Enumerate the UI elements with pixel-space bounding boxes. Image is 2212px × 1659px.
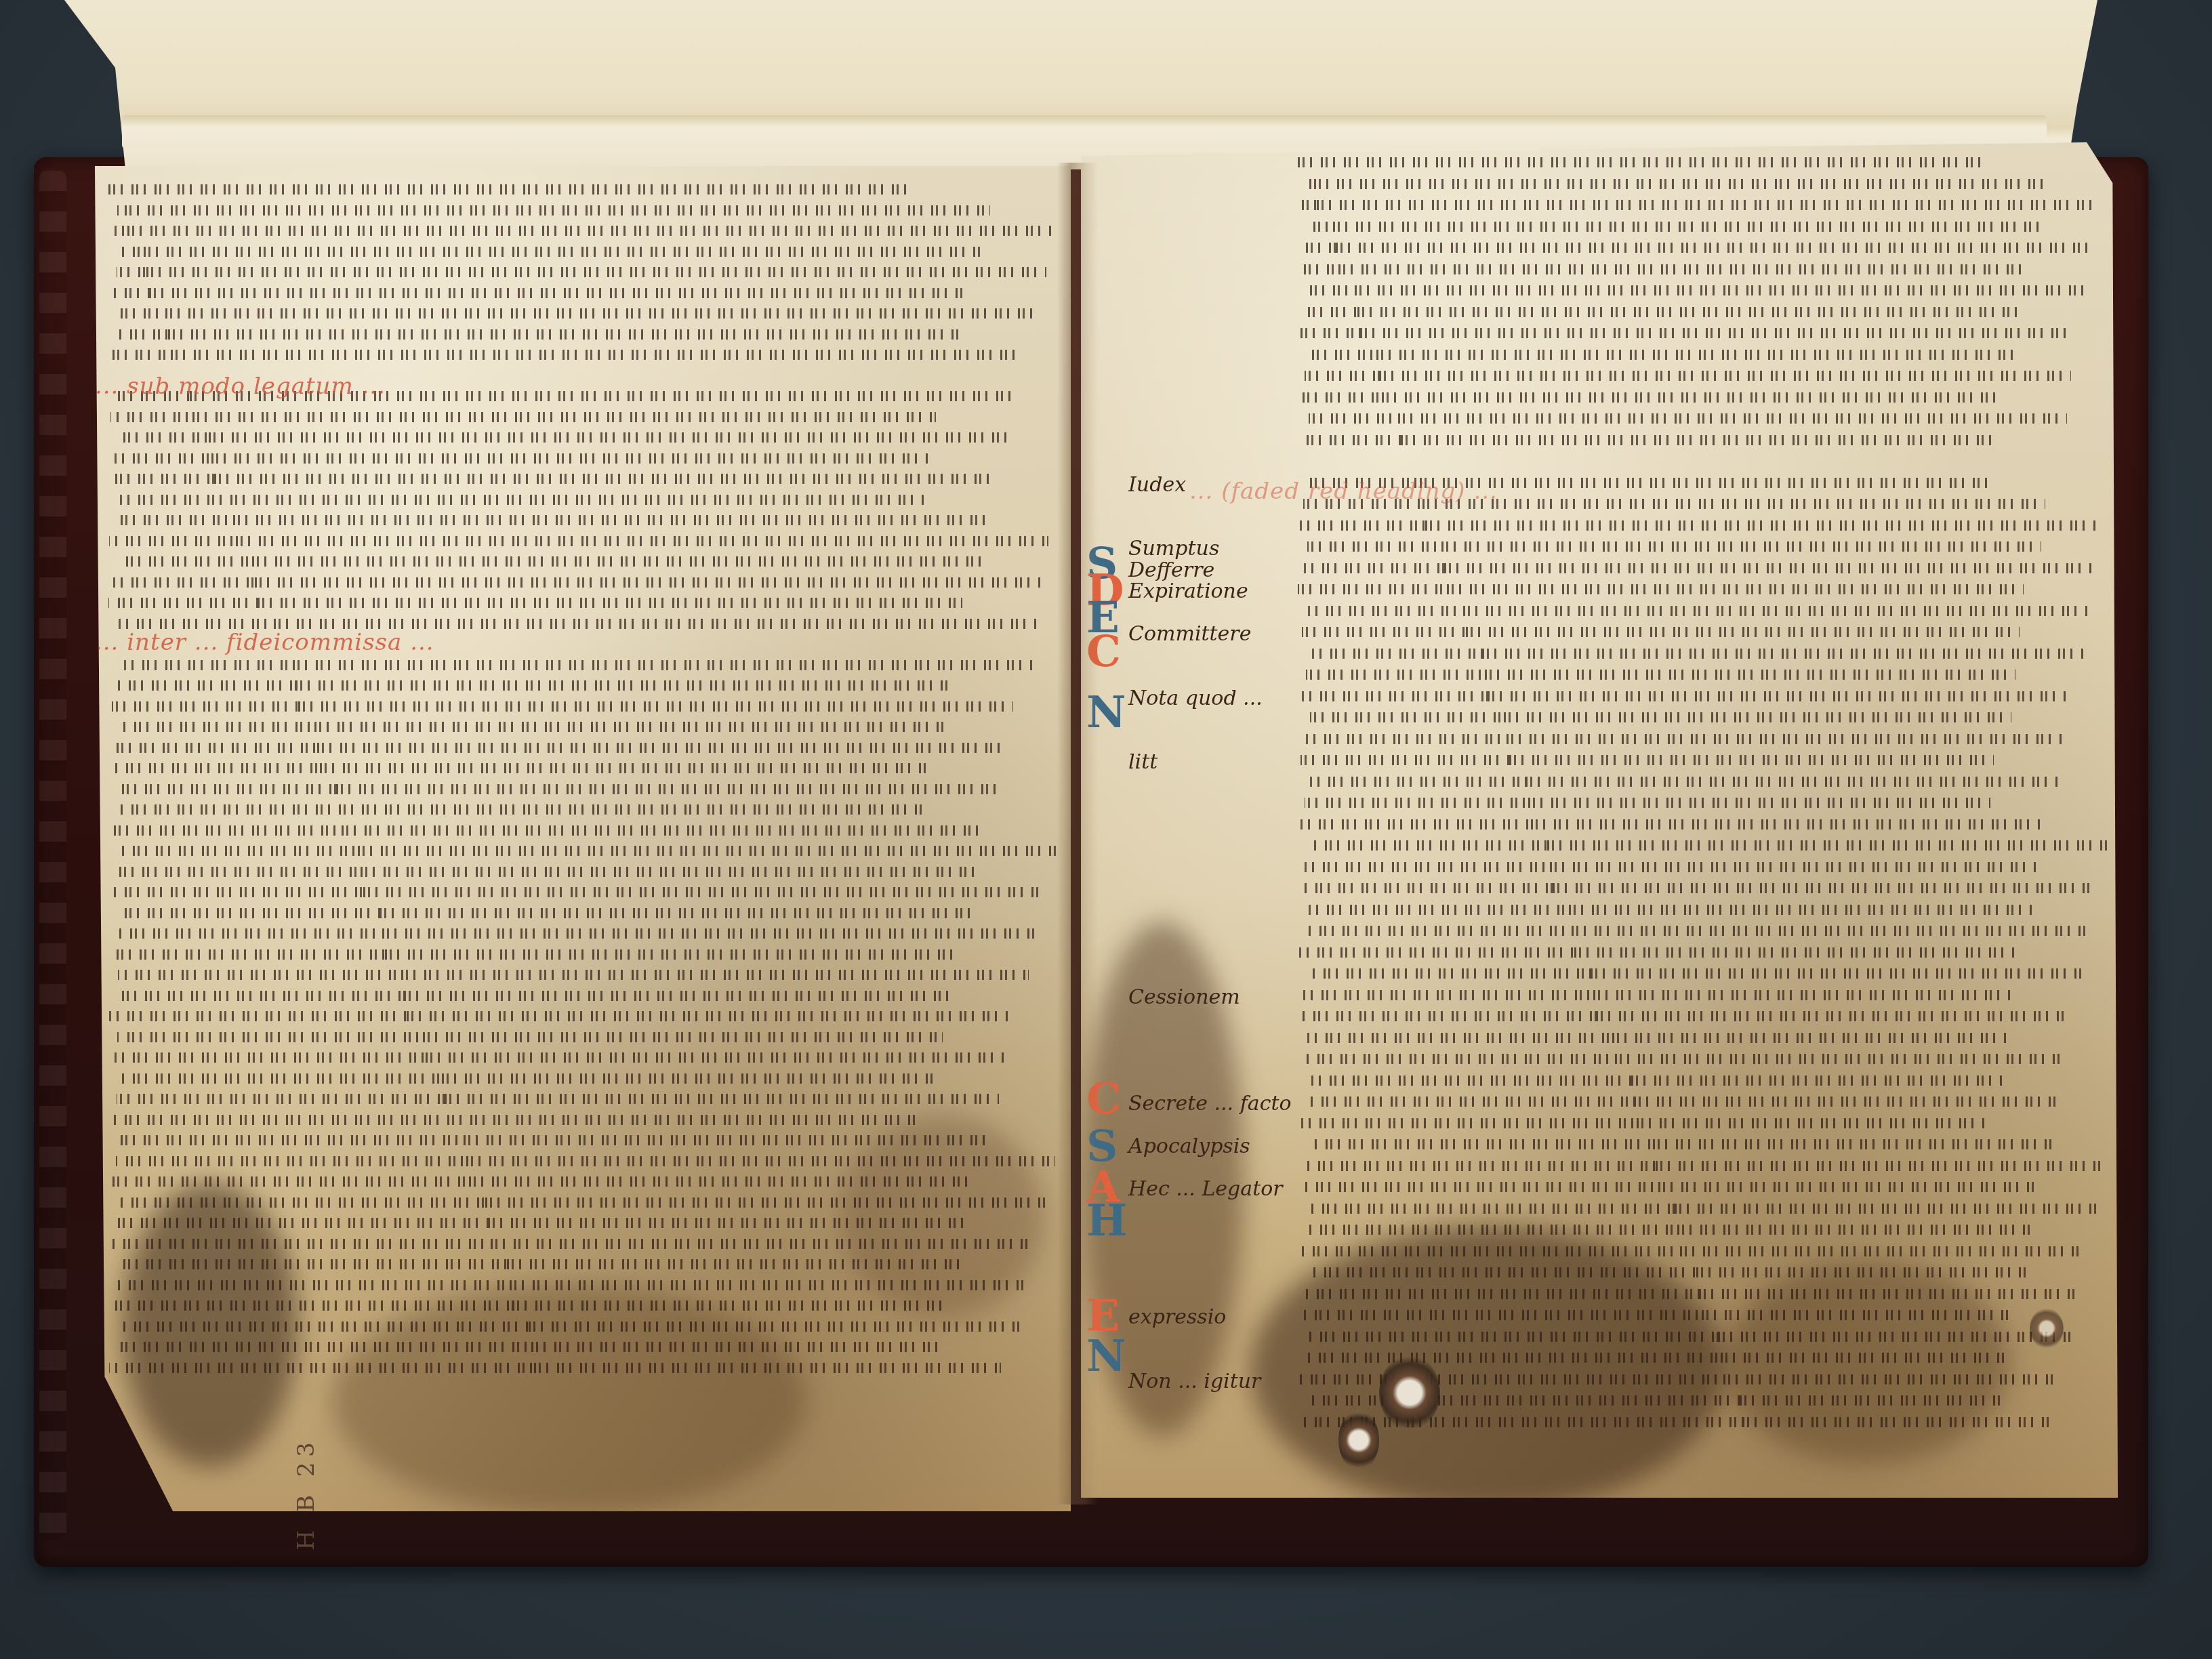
marginal-label: Non ... igitur bbox=[1128, 1370, 1261, 1393]
rubric-heading: ... inter ... fideicommissa ... bbox=[95, 629, 434, 656]
manuscript-text-line bbox=[1310, 708, 2011, 728]
marginal-label: Secrete ... facto bbox=[1128, 1092, 1292, 1115]
parchment-hole bbox=[2030, 1308, 2064, 1349]
marginal-label: expressio bbox=[1128, 1305, 1226, 1329]
manuscript-text-line bbox=[1311, 644, 2085, 664]
manuscript-text-line bbox=[114, 510, 987, 531]
manuscript-text-line bbox=[1311, 217, 2045, 237]
manuscript-text-line bbox=[1309, 409, 2067, 429]
book-gutter bbox=[1057, 163, 1098, 1504]
manuscript-text-line bbox=[1307, 964, 2081, 984]
manuscript-text-line bbox=[113, 573, 1043, 593]
manuscript-text-line bbox=[1304, 1284, 2078, 1305]
manuscript-text-line bbox=[1299, 1305, 2009, 1326]
manuscript-text-line bbox=[112, 1048, 1004, 1068]
manuscript-text-line bbox=[113, 986, 948, 1006]
manuscript-text-line bbox=[1305, 793, 1990, 813]
left-text-column bbox=[108, 180, 1057, 1372]
manuscript-text-line bbox=[116, 325, 960, 345]
manuscript-text-line bbox=[1308, 1327, 2074, 1347]
manuscript-text-line bbox=[110, 1296, 945, 1316]
manuscript-text-line bbox=[1300, 1242, 2082, 1262]
manuscript-text-line bbox=[112, 697, 1013, 717]
manuscript-text-line bbox=[1301, 687, 2068, 707]
manuscript-text-line bbox=[110, 882, 1040, 903]
manuscript-text-line bbox=[115, 449, 930, 469]
marginal-label: Iudex bbox=[1128, 473, 1186, 497]
manuscript-text-line bbox=[110, 1234, 1031, 1254]
manuscript-text-line bbox=[117, 201, 990, 221]
manuscript-text-line bbox=[1302, 1049, 2060, 1069]
manuscript-text-line bbox=[110, 821, 983, 841]
manuscript-text-line bbox=[108, 180, 915, 200]
manuscript-text-line bbox=[1300, 1177, 2034, 1197]
manuscript-text-line bbox=[121, 717, 946, 737]
marginal-label: Committere bbox=[1128, 622, 1251, 646]
manuscript-text-line bbox=[1309, 772, 2060, 792]
left-parchment-leaf: ... sub modo legatum ... ... inter ... f… bbox=[95, 166, 1071, 1511]
manuscript-text-line bbox=[1300, 323, 2074, 344]
manuscript-text-line bbox=[1302, 195, 2100, 216]
manuscript-text-line bbox=[115, 1213, 969, 1233]
manuscript-text-line bbox=[117, 1027, 943, 1048]
manuscript-text-line bbox=[1310, 1134, 2052, 1155]
manuscript-text-line bbox=[109, 1358, 1001, 1378]
right-parchment-leaf: ... (faded red heading) ... IudexSumptus… bbox=[1081, 142, 2118, 1498]
manuscript-text-line bbox=[1303, 985, 2012, 1006]
manuscript-text-line bbox=[1307, 174, 2049, 194]
manuscript-text-line bbox=[1304, 430, 1997, 451]
marginal-label: Nota quod ... bbox=[1128, 687, 1263, 710]
manuscript-text-line bbox=[1300, 750, 1994, 771]
manuscript-text-line bbox=[116, 738, 1008, 758]
parchment-hole bbox=[1338, 1410, 1379, 1471]
marginal-label: Expiratione bbox=[1128, 579, 1248, 603]
manuscript-text-line bbox=[121, 1069, 937, 1089]
marginal-label: Sumptus bbox=[1128, 537, 1219, 560]
manuscript-text-line bbox=[119, 428, 1011, 448]
parchment-hole bbox=[1379, 1355, 1440, 1430]
manuscript-text-line bbox=[1301, 260, 2027, 280]
manuscript-text-line bbox=[1306, 665, 2015, 685]
manuscript-text-line bbox=[1298, 579, 2024, 600]
rubric-heading: ... (faded red heading) ... bbox=[1189, 478, 1498, 505]
manuscript-text-line bbox=[119, 490, 925, 510]
manuscript-text-line bbox=[119, 841, 1059, 861]
manuscript-text-line bbox=[109, 531, 1048, 552]
manuscript-text-line bbox=[1300, 815, 2042, 835]
manuscript-text-line bbox=[1302, 622, 2020, 642]
manuscript-text-line bbox=[1309, 1199, 2100, 1219]
manuscript-text-line bbox=[1309, 345, 2019, 365]
manuscript-text-line bbox=[1299, 878, 2089, 899]
manuscript-text-line bbox=[111, 758, 927, 779]
manuscript-text-line bbox=[1303, 921, 2085, 941]
manuscript-text-line bbox=[1309, 836, 2107, 856]
manuscript-text-line bbox=[1305, 302, 2023, 323]
manuscript-text-line bbox=[120, 779, 1002, 800]
manuscript-text-line bbox=[1309, 1263, 2026, 1283]
manuscript-text-line bbox=[1298, 1006, 2064, 1027]
manuscript-text-line bbox=[115, 800, 922, 820]
manuscript-text-line bbox=[110, 469, 992, 489]
manuscript-text-line bbox=[1298, 516, 2097, 536]
manuscript-text-line bbox=[1310, 281, 2092, 301]
manuscript-text-line bbox=[1308, 900, 2034, 920]
manuscript-text-line bbox=[111, 1172, 975, 1192]
manuscript-text-line bbox=[120, 1193, 1050, 1213]
manuscript-text-line bbox=[1305, 1220, 2030, 1240]
manuscript-text-line bbox=[121, 1130, 994, 1151]
manuscript-text-line bbox=[1303, 558, 2093, 579]
manuscript-text-line bbox=[121, 242, 985, 262]
marginal-label: Cessionem bbox=[1128, 985, 1240, 1009]
manuscript-text-line bbox=[1298, 152, 1984, 173]
manuscript-text-line bbox=[111, 345, 1022, 365]
manuscript-text-line bbox=[1305, 1156, 2104, 1176]
manuscript-text-line bbox=[1300, 388, 2001, 408]
manuscript-text-line bbox=[108, 593, 962, 613]
manuscript-text-line bbox=[110, 407, 936, 428]
manuscript-text-line bbox=[1298, 943, 2016, 963]
manuscript-text-line bbox=[1305, 729, 2064, 750]
marginal-label: Hec ... Legator bbox=[1128, 1177, 1283, 1201]
manuscript-text-line bbox=[1307, 1028, 2008, 1048]
manuscript-text-line bbox=[117, 1089, 999, 1109]
marginal-label: litt bbox=[1128, 750, 1158, 774]
manuscript-text-line bbox=[114, 924, 1034, 944]
manuscript-text-line bbox=[1304, 857, 2038, 878]
manuscript-text-line bbox=[114, 1337, 939, 1357]
manuscript-text-line bbox=[112, 283, 966, 304]
manuscript-text-line bbox=[118, 552, 981, 572]
manuscript-text-line bbox=[121, 304, 1041, 324]
manuscript-text-line bbox=[112, 1110, 918, 1130]
rubric-heading: ... sub modo legatum ... bbox=[95, 373, 386, 400]
marginal-label: Apocalypsis bbox=[1128, 1134, 1250, 1158]
shelfmark: H B 23 bbox=[293, 1437, 320, 1551]
manuscript-text-line bbox=[121, 655, 1032, 676]
manuscript-text-line bbox=[115, 1275, 1025, 1296]
marginal-label: Defferre bbox=[1128, 558, 1214, 582]
manuscript-text-line bbox=[1311, 1071, 2004, 1091]
manuscript-text-line bbox=[115, 862, 978, 882]
manuscript-text-line bbox=[1307, 601, 2089, 621]
manuscript-text-line bbox=[119, 903, 972, 924]
manuscript-text-line bbox=[1305, 366, 2071, 386]
manuscript-text-line bbox=[1301, 1113, 1987, 1134]
right-text-column bbox=[1298, 152, 2104, 1440]
manuscript-text-line bbox=[1307, 537, 2041, 557]
manuscript-text-line bbox=[117, 262, 1046, 283]
manuscript-text-line bbox=[1306, 238, 2096, 258]
manuscript-text-line bbox=[1306, 1092, 2056, 1112]
flyleaf-fold bbox=[122, 115, 2047, 149]
manuscript-text-line bbox=[109, 945, 954, 965]
manuscript-text-line bbox=[112, 221, 1052, 241]
manuscript-text-line bbox=[116, 1151, 1055, 1172]
manuscript-text-line bbox=[117, 676, 951, 696]
manuscript-text-line bbox=[119, 1317, 1020, 1337]
manuscript-text-line bbox=[108, 1006, 1010, 1027]
manuscript-text-line bbox=[119, 1254, 964, 1275]
manuscript-text-line bbox=[118, 965, 1029, 985]
